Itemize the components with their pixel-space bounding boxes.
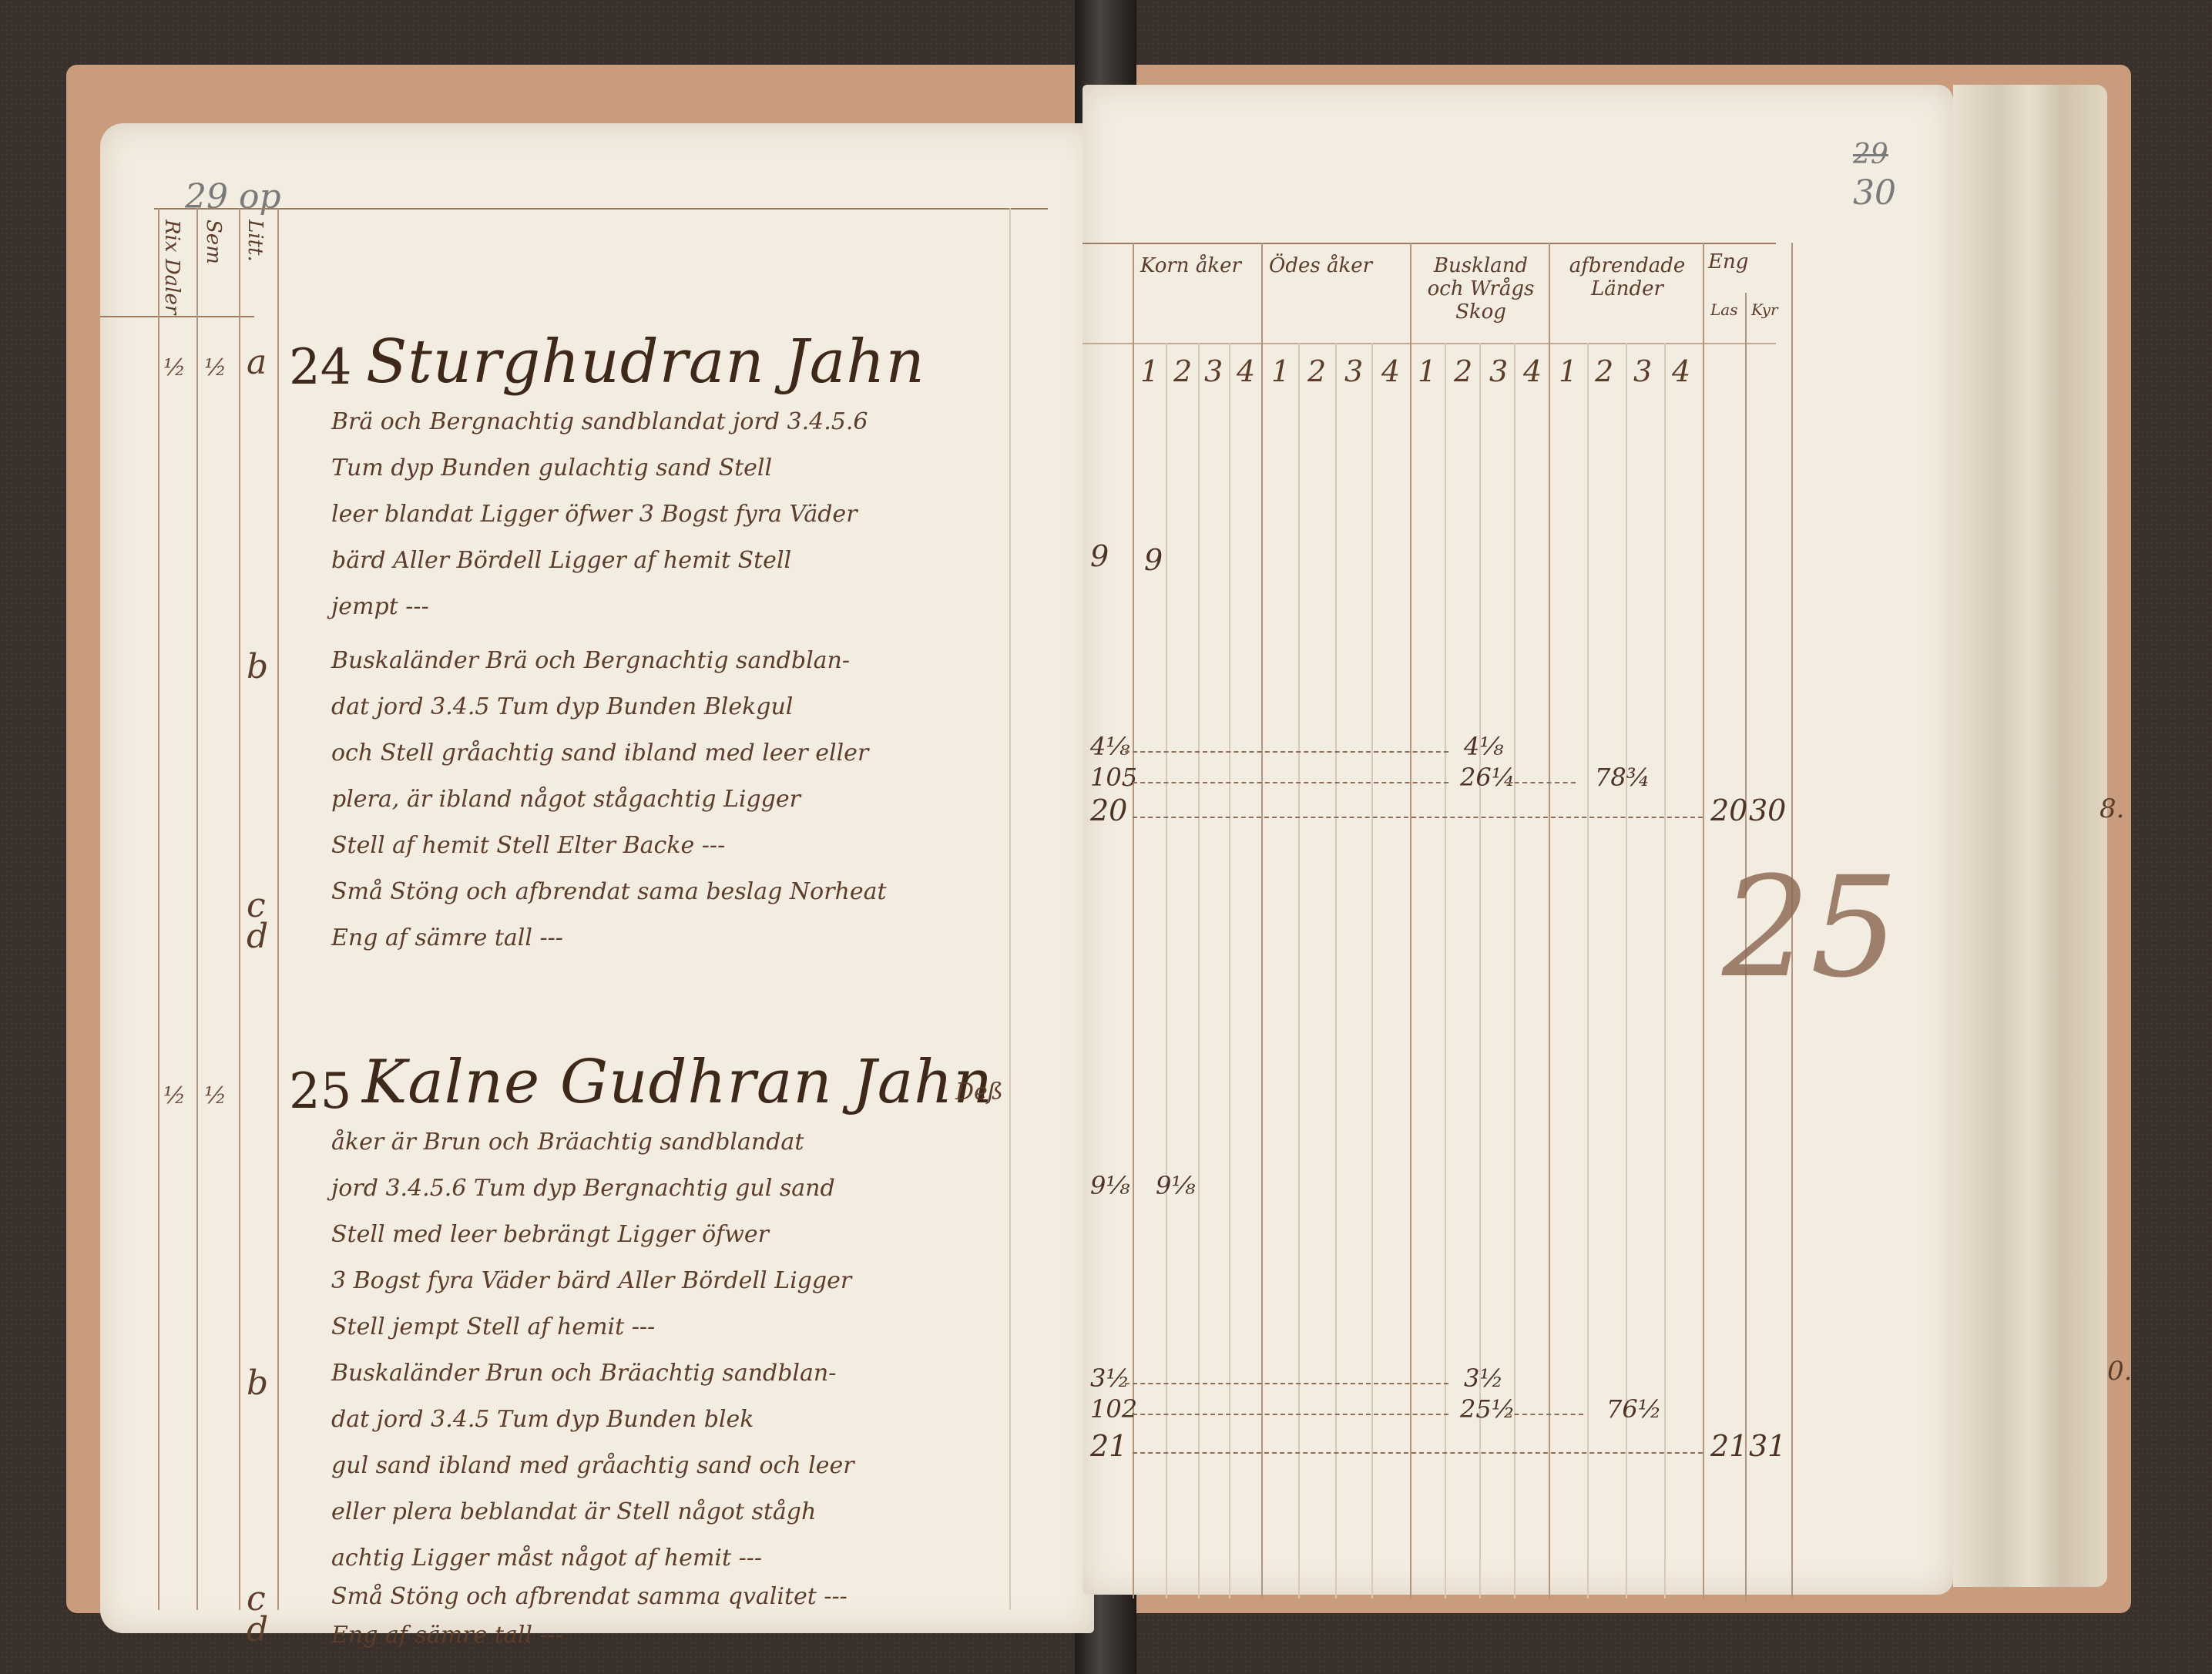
farm-name: Sturghudran Jahn [366, 327, 925, 397]
text-line: jord 3.4.5.6 Tum dyp Bergnachtig gul san… [331, 1175, 835, 1202]
edge-note: 0. [2107, 1356, 2132, 1387]
text-line: Små Stöng och afbrendat samma qvalitet -… [331, 1583, 848, 1610]
table-top-rule [1083, 243, 1776, 244]
row-letter-d: d [247, 917, 268, 956]
text-line: Stell med leer bebrängt Ligger öfwer [331, 1221, 769, 1248]
subcol-num: 4 [1237, 354, 1255, 388]
subcol-num: 3 [1344, 354, 1363, 388]
row-letter-a: a [247, 343, 267, 382]
subcol-rule [1445, 343, 1446, 1599]
margin-header-sem: Sem [202, 220, 225, 264]
leader-dash [1133, 817, 1703, 818]
subcol-rule [1335, 343, 1337, 1599]
text-line: Eng af sämre tall --- [331, 1622, 563, 1649]
pencil-folio-left: 29 op [185, 177, 281, 216]
margin-rule-4 [277, 208, 279, 1610]
subcol-num: 3 [1204, 354, 1223, 388]
subcol-num: 4 [1381, 354, 1400, 388]
row-letter-b: b [247, 647, 268, 686]
text-line: achtig Ligger måst något af hemit --- [331, 1545, 762, 1572]
subcol-num: 4 [1672, 354, 1690, 388]
leader-dash [1133, 1452, 1703, 1454]
bleed-through-mark: 25 [1722, 847, 1898, 1008]
text-line: Eng af sämre tall --- [331, 924, 563, 951]
text-line: dat jord 3.4.5 Tum dyp Bunden Blekgul [331, 693, 793, 720]
subcol-num: 2 [1595, 354, 1613, 388]
value-total: 21 [1090, 1429, 1127, 1463]
text-line: eller plera beblandat är Stell något stå… [331, 1498, 816, 1525]
edge-note: 8. [2100, 793, 2124, 824]
text-line: Stell af hemit Stell Elter Backe --- [331, 832, 725, 859]
text-line: gul sand ibland med gråachtig sand och l… [331, 1452, 854, 1479]
margin-rule-2 [196, 208, 198, 1610]
leader-dash [1125, 751, 1448, 753]
text-line: dat jord 3.4.5 Tum dyp Bunden blek [331, 1406, 754, 1433]
value-buskland-3: 4⅛ [1464, 732, 1503, 761]
text-line: Stell jempt Stell af hemit --- [331, 1313, 655, 1340]
subcol-num: 4 [1523, 354, 1542, 388]
value-buskland-3: 26¼ [1460, 763, 1516, 792]
value-total: 3½ [1090, 1364, 1129, 1393]
value-korn-1: 9⅛ [1156, 1171, 1195, 1200]
value-eng-kyr: 30 [1749, 793, 1786, 827]
col-rule [1261, 243, 1263, 1599]
value-afbrendade-3: 76½ [1606, 1394, 1662, 1424]
page-edges [1953, 85, 2107, 1587]
subcol-num: 1 [1140, 354, 1159, 388]
subcol-num: 1 [1418, 354, 1436, 388]
value-total: 102 [1090, 1394, 1137, 1424]
subcol-num: 2 [1307, 354, 1326, 388]
text-line: Buskaländer Brun och Bräachtig sandblan- [331, 1360, 836, 1387]
col-rule [1549, 243, 1550, 1599]
farm-name: Kalne Gudhran Jahn [362, 1048, 993, 1117]
col-rule [1703, 243, 1704, 1599]
row-letter-b: b [247, 1364, 268, 1403]
col-header-buskland: Buskland och Wrågs Skog [1415, 254, 1546, 324]
value-total: 4⅛ [1090, 732, 1129, 761]
share-2: ½ [204, 1082, 227, 1109]
text-line: 3 Bogst fyra Väder bärd Aller Bördell Li… [331, 1267, 851, 1294]
subcol-rule [1298, 343, 1300, 1599]
subcol-rule [1166, 343, 1167, 1599]
text-line: Buskaländer Brä och Bergnachtig sandblan… [331, 647, 850, 674]
text-line: Deß [955, 1079, 1003, 1105]
share-1: ½ [163, 1082, 186, 1109]
subcol-rule [1229, 343, 1230, 1599]
subcol-num: 3 [1633, 354, 1652, 388]
subcol-rule [1664, 343, 1666, 1599]
subcol-rule [1587, 343, 1589, 1599]
row-letter-d: d [247, 1610, 268, 1649]
leader-dash [1125, 1383, 1448, 1384]
value-total: 20 [1090, 793, 1127, 827]
col-header-afbrendade: afbrendade Länder [1554, 254, 1700, 300]
entry-number: 25 [289, 1063, 351, 1120]
subcol-num: 1 [1271, 354, 1290, 388]
entry-number: 24 [289, 339, 351, 396]
text-line: bärd Aller Bördell Ligger af hemit Stell [331, 547, 791, 574]
subcol-rule [1371, 343, 1373, 1599]
col-subheader-las: Las [1710, 300, 1737, 319]
leader-dash [1506, 1414, 1583, 1415]
value-korn-1: 9 [1144, 543, 1163, 577]
text-line: Små Stöng och afbrendat sama beslag Norh… [331, 878, 887, 905]
subcol-num: 3 [1489, 354, 1508, 388]
text-line: Tum dyp Bunden gulachtig sand Stell [331, 455, 772, 481]
right-margin-rule [1009, 208, 1011, 1610]
margin-header-rixdaler: Rix Daler [160, 220, 183, 314]
value-eng-las: 21 [1710, 1429, 1747, 1463]
pencil-folio-struck: 29 [1853, 139, 1888, 170]
right-page: 29 30 Korn åker Ödes åker Buskland och W… [1083, 85, 1953, 1595]
text-line: plera, är ibland något stågachtig Ligger [331, 786, 801, 813]
table-header-rule [1083, 343, 1776, 344]
share-1: ½ [163, 354, 186, 381]
col-header-eng: Eng [1708, 250, 1748, 273]
value-buskland-3: 25½ [1460, 1394, 1516, 1424]
margin-header-litt: Litt. [243, 220, 267, 262]
subcol-rule [1198, 343, 1200, 1599]
value-afbrendade-3: 78¾ [1595, 763, 1650, 792]
share-2: ½ [204, 354, 227, 381]
header-rule [154, 208, 1048, 210]
value-eng-las: 20 [1710, 793, 1747, 827]
text-line: jempt --- [331, 593, 429, 620]
margin-rule-3 [239, 208, 240, 1610]
header-bottom-rule [100, 316, 254, 317]
leader-dash [1506, 782, 1576, 783]
text-line: och Stell gråachtig sand ibland med leer… [331, 740, 868, 767]
pencil-folio-right: 30 [1853, 173, 1896, 213]
leader-dash [1133, 782, 1448, 783]
text-line: Brä och Bergnachtig sandblandat jord 3.4… [331, 408, 868, 435]
value-total: 9 [1090, 539, 1109, 573]
subcol-num: 1 [1559, 354, 1577, 388]
subcol-num: 2 [1173, 354, 1192, 388]
value-buskland-3: 3½ [1464, 1364, 1503, 1393]
leader-dash [1133, 1414, 1448, 1415]
col-header-odes-aker: Ödes åker [1269, 254, 1372, 277]
col-header-korn-aker: Korn åker [1140, 254, 1241, 277]
text-line: åker är Brun och Bräachtig sandblandat [331, 1129, 804, 1156]
left-page: 29 op Rix Daler Sem Litt. ½ ½ a 24 Sturg… [100, 123, 1094, 1633]
value-total: 105 [1090, 763, 1137, 792]
col-rule [1410, 243, 1411, 1599]
value-total: 9⅛ [1090, 1171, 1129, 1200]
text-line: leer blandat Ligger öfwer 3 Bogst fyra V… [331, 501, 858, 528]
value-eng-kyr: 31 [1749, 1429, 1786, 1463]
margin-rule-1 [158, 208, 159, 1610]
subcol-num: 2 [1454, 354, 1472, 388]
col-subheader-kyr: Kyr [1751, 300, 1778, 319]
